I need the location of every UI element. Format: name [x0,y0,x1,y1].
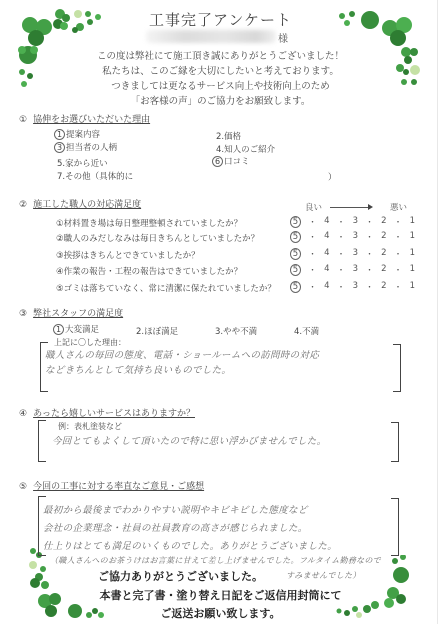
s5-answer-line-1[interactable]: 最初から最後までわかりやすい説明やキビキビした態度など [43,502,308,516]
section3-number: ③ [19,309,27,319]
s2-rating-row-4[interactable]: 5・4・3・2・1 [290,264,415,276]
s3-option-2[interactable]: 2.ほぼ満足 [136,325,178,337]
s2-rating-row-1[interactable]: 5・4・3・2・1 [290,216,415,228]
s5-answer-line-4[interactable]: （職人さんへのお茶うけはお言葉に甘えて差し上げませんでした。フルタイム勤務なので [50,555,381,566]
s2-question-2: ②職人のみだしなみは毎日きちんとしていましたか？ [56,232,259,244]
s3-reason-line-1[interactable]: 職人さんの毎回の態度、電話・ショールームへの訪問時の対応 [45,347,319,361]
s1-option-4[interactable]: 4.知人のご紹介 [216,143,275,155]
s1-other-close: ） [328,171,337,183]
footer-return-instruction: 本書と完了書・塗り替え日記をご返信用封筒にて [0,587,441,603]
s2-question-4: ④作業の報告・工程の報告はできていましたか？ [56,265,242,277]
s1-option-5[interactable]: 5.家から近い [57,157,108,169]
section4-number: ④ [19,409,27,419]
section3-title: 弊社スタッフの満足度 [33,309,123,319]
section3-heading: ③弊社スタッフの満足度 [19,306,123,319]
rating-selected[interactable]: 5 [290,264,301,276]
s2-question-3: ③挨拶はきちんとできていましたか？ [56,249,200,261]
s3-option-1[interactable]: 1大変満足 [53,323,99,335]
section1-heading: ①協伸をお選びいただいた理由 [19,112,150,125]
scale-good-label: 良い [305,201,322,213]
s1-option-7[interactable]: 7.その他（具体的に [57,170,133,182]
intro-line-1: この度は弊社にて施工頂き誠にありがとうございました！ [0,48,441,62]
customer-name-redacted [146,30,276,43]
section2-number: ② [19,200,27,210]
s2-rating-row-5[interactable]: 5・4・3・2・1 [290,281,415,293]
rating-selected[interactable]: 5 [290,248,301,260]
intro-line-4: 「お客様の声」のご協力をお願致します。 [0,93,441,107]
section4-heading: ④あったら嬉しいサービスはありますか？ [19,406,195,419]
footer-return-request: ご返送お願い致します。 [0,605,441,621]
s2-question-5: ⑤ゴミは落ちていなく、常に清潔に保たれていましたか？ [56,282,276,294]
s4-box-right [391,422,399,462]
section2-title: 施工した職人の対応満足度 [33,200,141,210]
selected-circle-mark: 6 [212,156,223,167]
honorific: 様 [278,30,288,45]
section4-title: あったら嬉しいサービスはありますか？ [33,409,195,419]
section5-heading: ⑤今回の工事に対する率直なご意見・ご感想 [19,479,204,492]
s2-rating-row-3[interactable]: 5・4・3・2・1 [290,248,415,260]
footer-thanks: ご協力ありがとうございました。 [0,568,401,584]
section1-number: ① [19,115,27,125]
s1-option-1[interactable]: 1提案内容 [54,128,100,140]
s2-question-1: ①材料置き場は毎日整理整頓されていましたか？ [56,217,242,229]
selected-circle-mark: 3 [54,142,65,153]
page-title: 工事完了アンケート [0,9,441,30]
intro-line-2: 私たちは、このご縁を大切にしたいと考えております。 [0,63,441,77]
section5-number: ⑤ [19,482,27,492]
rating-selected[interactable]: 5 [290,231,301,243]
s1-option-3[interactable]: 3担当者の人柄 [54,141,117,153]
rating-selected[interactable]: 5 [290,281,301,293]
s3-option-3[interactable]: 3.やや不満 [215,325,257,337]
s4-box-left [38,420,46,462]
s4-example-label: 例：表札塗装など [58,421,122,432]
scale-arrow [330,207,370,208]
selected-circle-mark: 1 [54,129,65,140]
s4-answer[interactable]: 今回とてもよくして頂いたので特に思い浮かびませんでした。 [52,433,326,447]
s3-option-4[interactable]: 4.不満 [294,325,319,337]
s5-box-right [391,498,399,556]
s1-option-6[interactable]: 6口コミ [212,155,250,167]
s1-option-2[interactable]: 2.価格 [216,130,241,142]
section2-heading: ②施工した職人の対応満足度 [19,197,141,210]
scale-bad-label: 悪い [390,201,407,213]
survey-page: 工事完了アンケート 様 この度は弊社にて施工頂き誠にありがとうございました！ 私… [0,0,441,624]
s3-reason-line-2[interactable]: などきちんとして気持ち良いものでした。 [45,362,231,376]
selected-circle-mark: 1 [53,324,64,335]
s3-reason-box-right [393,344,401,392]
s2-rating-row-2[interactable]: 5・4・3・2・1 [290,231,415,243]
rating-selected[interactable]: 5 [290,216,301,228]
s5-answer-line-2[interactable]: 会社の企業理念・社員の社員教育の高さが感じられました。 [43,520,308,534]
s5-answer-line-3[interactable]: 仕上りはとても満足のいくものでした。ありがとうございました。 [43,538,337,552]
intro-line-3: つきましては更なるサービス向上や技術向上のため [0,78,441,92]
section1-title: 協伸をお選びいただいた理由 [33,115,150,125]
section5-title: 今回の工事に対する率直なご意見・ご感想 [33,482,204,492]
